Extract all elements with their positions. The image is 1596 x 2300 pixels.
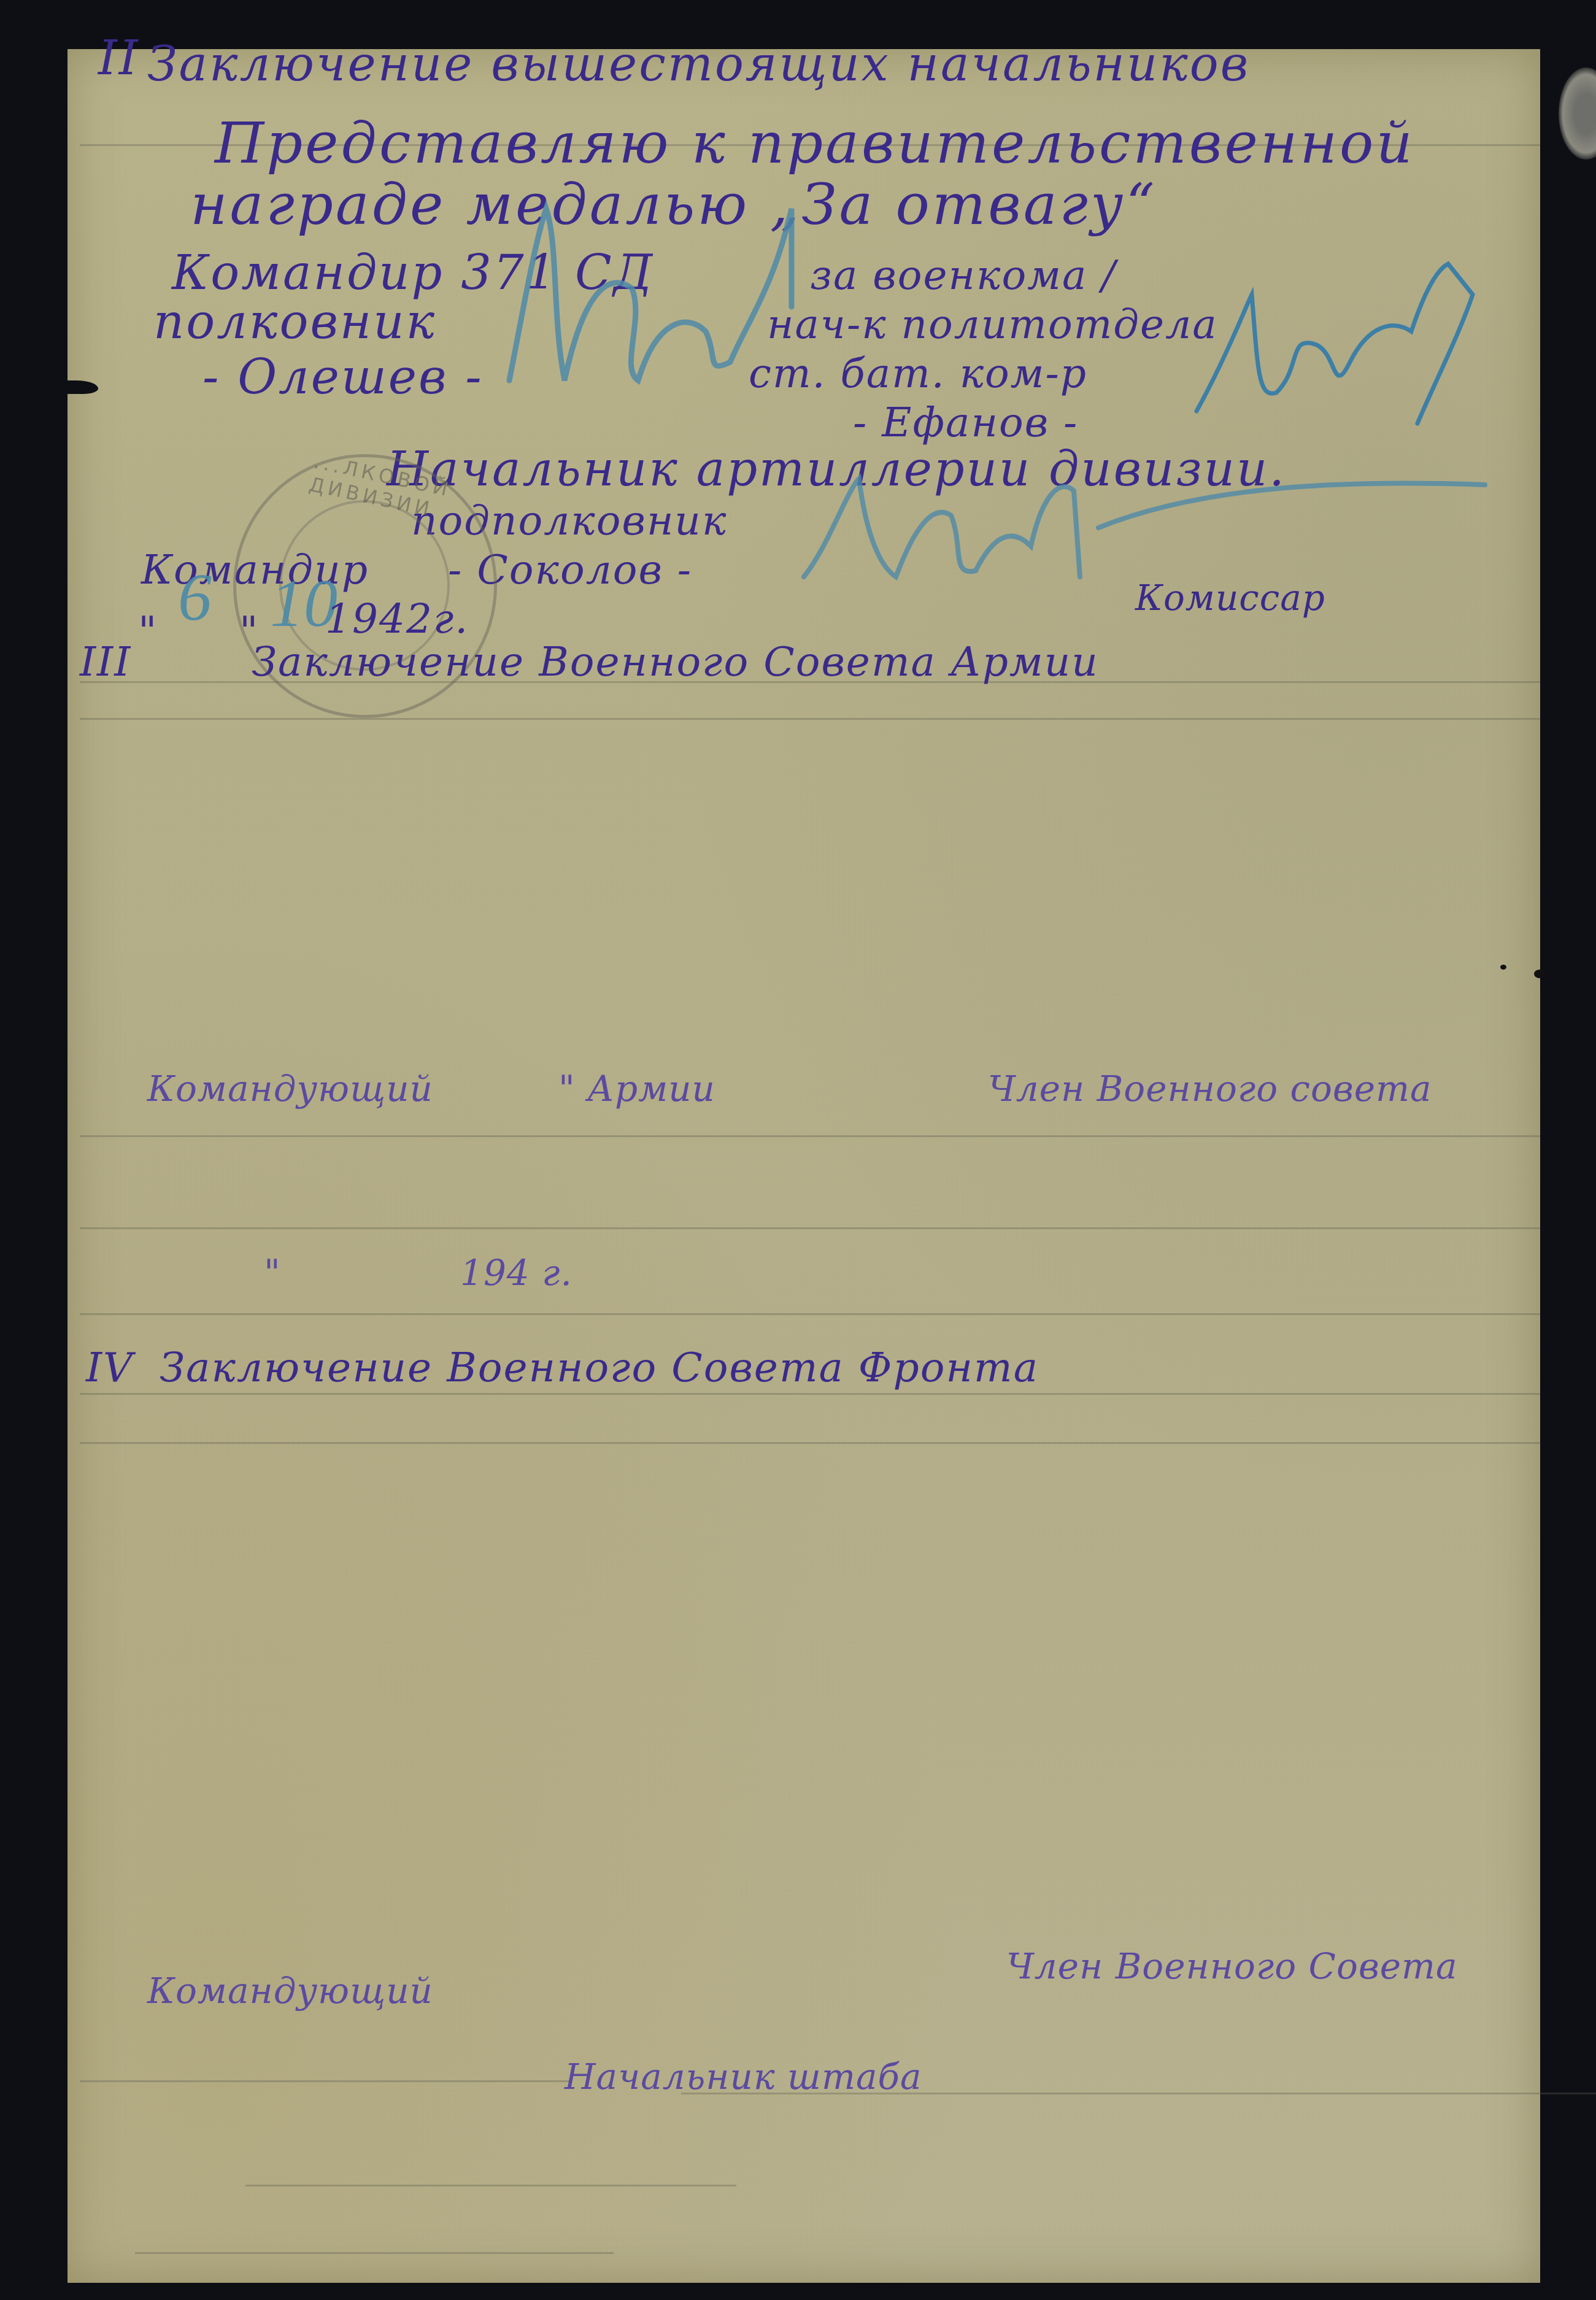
chief-of-staff-label: Начальник штаба [565,2056,922,2097]
ink-stain [1559,68,1596,160]
date-day: 6 [178,558,212,636]
section-numeral: III [80,638,131,685]
commissar-title: нач-к политотдела [767,301,1218,348]
date-open-quote: " [138,608,158,655]
recommendation-line-1: Представляю к правительственной [215,110,1415,176]
punch-hole [1500,965,1506,970]
form-rule [80,1442,1540,1444]
section-heading: Заключение Военного Совета Фронта [160,1344,1039,1391]
form-rule [80,1135,1540,1137]
section-heading: Заключение вышестоящих начальников [147,37,1250,92]
army-date-quote: " [264,1252,281,1294]
punch-hole [1534,970,1545,978]
document-page: II Заключение вышестоящих начальников Пр… [67,49,1540,2283]
form-rule [80,2080,571,2082]
section-numeral: II [98,31,140,86]
form-rule [80,718,1540,720]
army-date-year: 194 г. [460,1252,572,1294]
commissar-prefix: за военкома / [810,252,1116,299]
commander-rank: полковник [153,295,436,350]
commissar-form-label: Комиссар [1135,577,1325,619]
army-label: " Армии [558,1068,715,1109]
commissar-rank: ст. бат. ком-р [749,350,1087,397]
army-commander-label: Командующий [147,1068,433,1109]
army-council-member-label: Член Военного совета [988,1068,1432,1109]
date-year: 1942г. [325,595,469,643]
commissar-name: - Ефанов - [853,399,1078,446]
commander-name: - Олешев - [202,350,484,405]
paper-tear [61,380,98,394]
form-rule [80,1393,1540,1395]
section-heading: Заключение Военного Совета Армии [252,638,1099,685]
signature-efanov [1190,258,1509,442]
front-commander-label: Командующий [147,1970,433,2012]
section-numeral: IV [86,1344,134,1391]
form-rule [80,1313,1540,1315]
front-council-member-label: Член Военного Совета [1006,1945,1458,1987]
form-rule [80,1227,1540,1229]
form-rule [135,2252,614,2254]
form-rule [245,2185,736,2186]
